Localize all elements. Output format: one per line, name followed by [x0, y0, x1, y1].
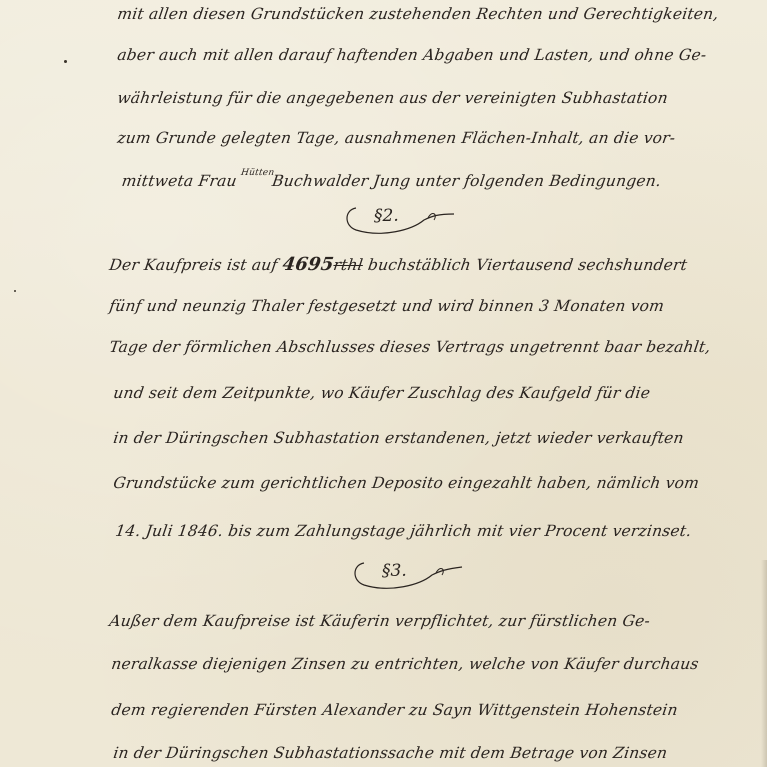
- text-line-s2-5: in der Düringschen Subhastation erstande…: [112, 428, 765, 448]
- text-line-s3-3: dem regierenden Fürsten Alexander zu Say…: [110, 700, 763, 720]
- text-segment: Buchwalder Jung unter folgenden Bedingun…: [271, 172, 662, 190]
- text-line-s2-4: und seit dem Zeitpunkte, wo Käufer Zusch…: [112, 383, 765, 403]
- text-segment: mittweta Frau: [121, 172, 238, 190]
- text-line-intro-4: zum Grunde gelegten Tage, ausnahmenen Fl…: [116, 128, 767, 148]
- page-edge-shadow: [761, 560, 767, 767]
- manuscript-page: mit allen diesen Grundstücken zustehende…: [0, 0, 767, 767]
- text-line-s2-3: Tage der förmlichen Abschlusses dieses V…: [108, 337, 761, 357]
- text-line-s2-1: Der Kaufpreis ist auf 4695rthl buchstäbl…: [108, 255, 761, 275]
- price-figure: 4695: [281, 254, 335, 275]
- text-line-intro-1: mit allen diesen Grundstücken zustehende…: [116, 4, 767, 24]
- text-line-s2-7: 14. Juli 1846. bis zum Zahlungstage jähr…: [114, 521, 767, 541]
- superscript-insertion: Hütten: [240, 168, 275, 178]
- ink-speck: [64, 60, 67, 63]
- text-line-intro-2: aber auch mit allen darauf haftenden Abg…: [116, 45, 767, 65]
- section-number: §3.: [382, 561, 407, 581]
- section-number: §2.: [374, 206, 399, 226]
- text-line-intro-5: mittweta Frau Hütten Buchwalder Jung unt…: [120, 171, 767, 194]
- text-line-s2-6: Grundstücke zum gerichtlichen Deposito e…: [112, 473, 765, 493]
- flourish-icon: [350, 555, 470, 595]
- text-line-s3-2: neralkasse diejenigen Zinsen zu entricht…: [110, 654, 763, 674]
- flourish-icon: [342, 200, 462, 240]
- section-marker-2: §2.: [342, 200, 452, 240]
- currency-abbrev: rthl: [332, 256, 364, 274]
- text-segment: Der Kaufpreis ist auf: [108, 256, 279, 274]
- text-line-s2-2: fünf und neunzig Thaler festgesetzt und …: [108, 296, 761, 316]
- text-line-s3-4: in der Düringschen Subhastationssache mi…: [112, 743, 765, 763]
- ink-speck: [14, 290, 16, 292]
- text-line-intro-3: währleistung für die angegebenen aus der…: [116, 88, 767, 108]
- text-segment: buchstäblich Viertausend sechshundert: [367, 256, 689, 274]
- text-line-s3-1: Außer dem Kaufpreise ist Käuferin verpfl…: [108, 611, 761, 631]
- section-marker-3: §3.: [350, 555, 460, 595]
